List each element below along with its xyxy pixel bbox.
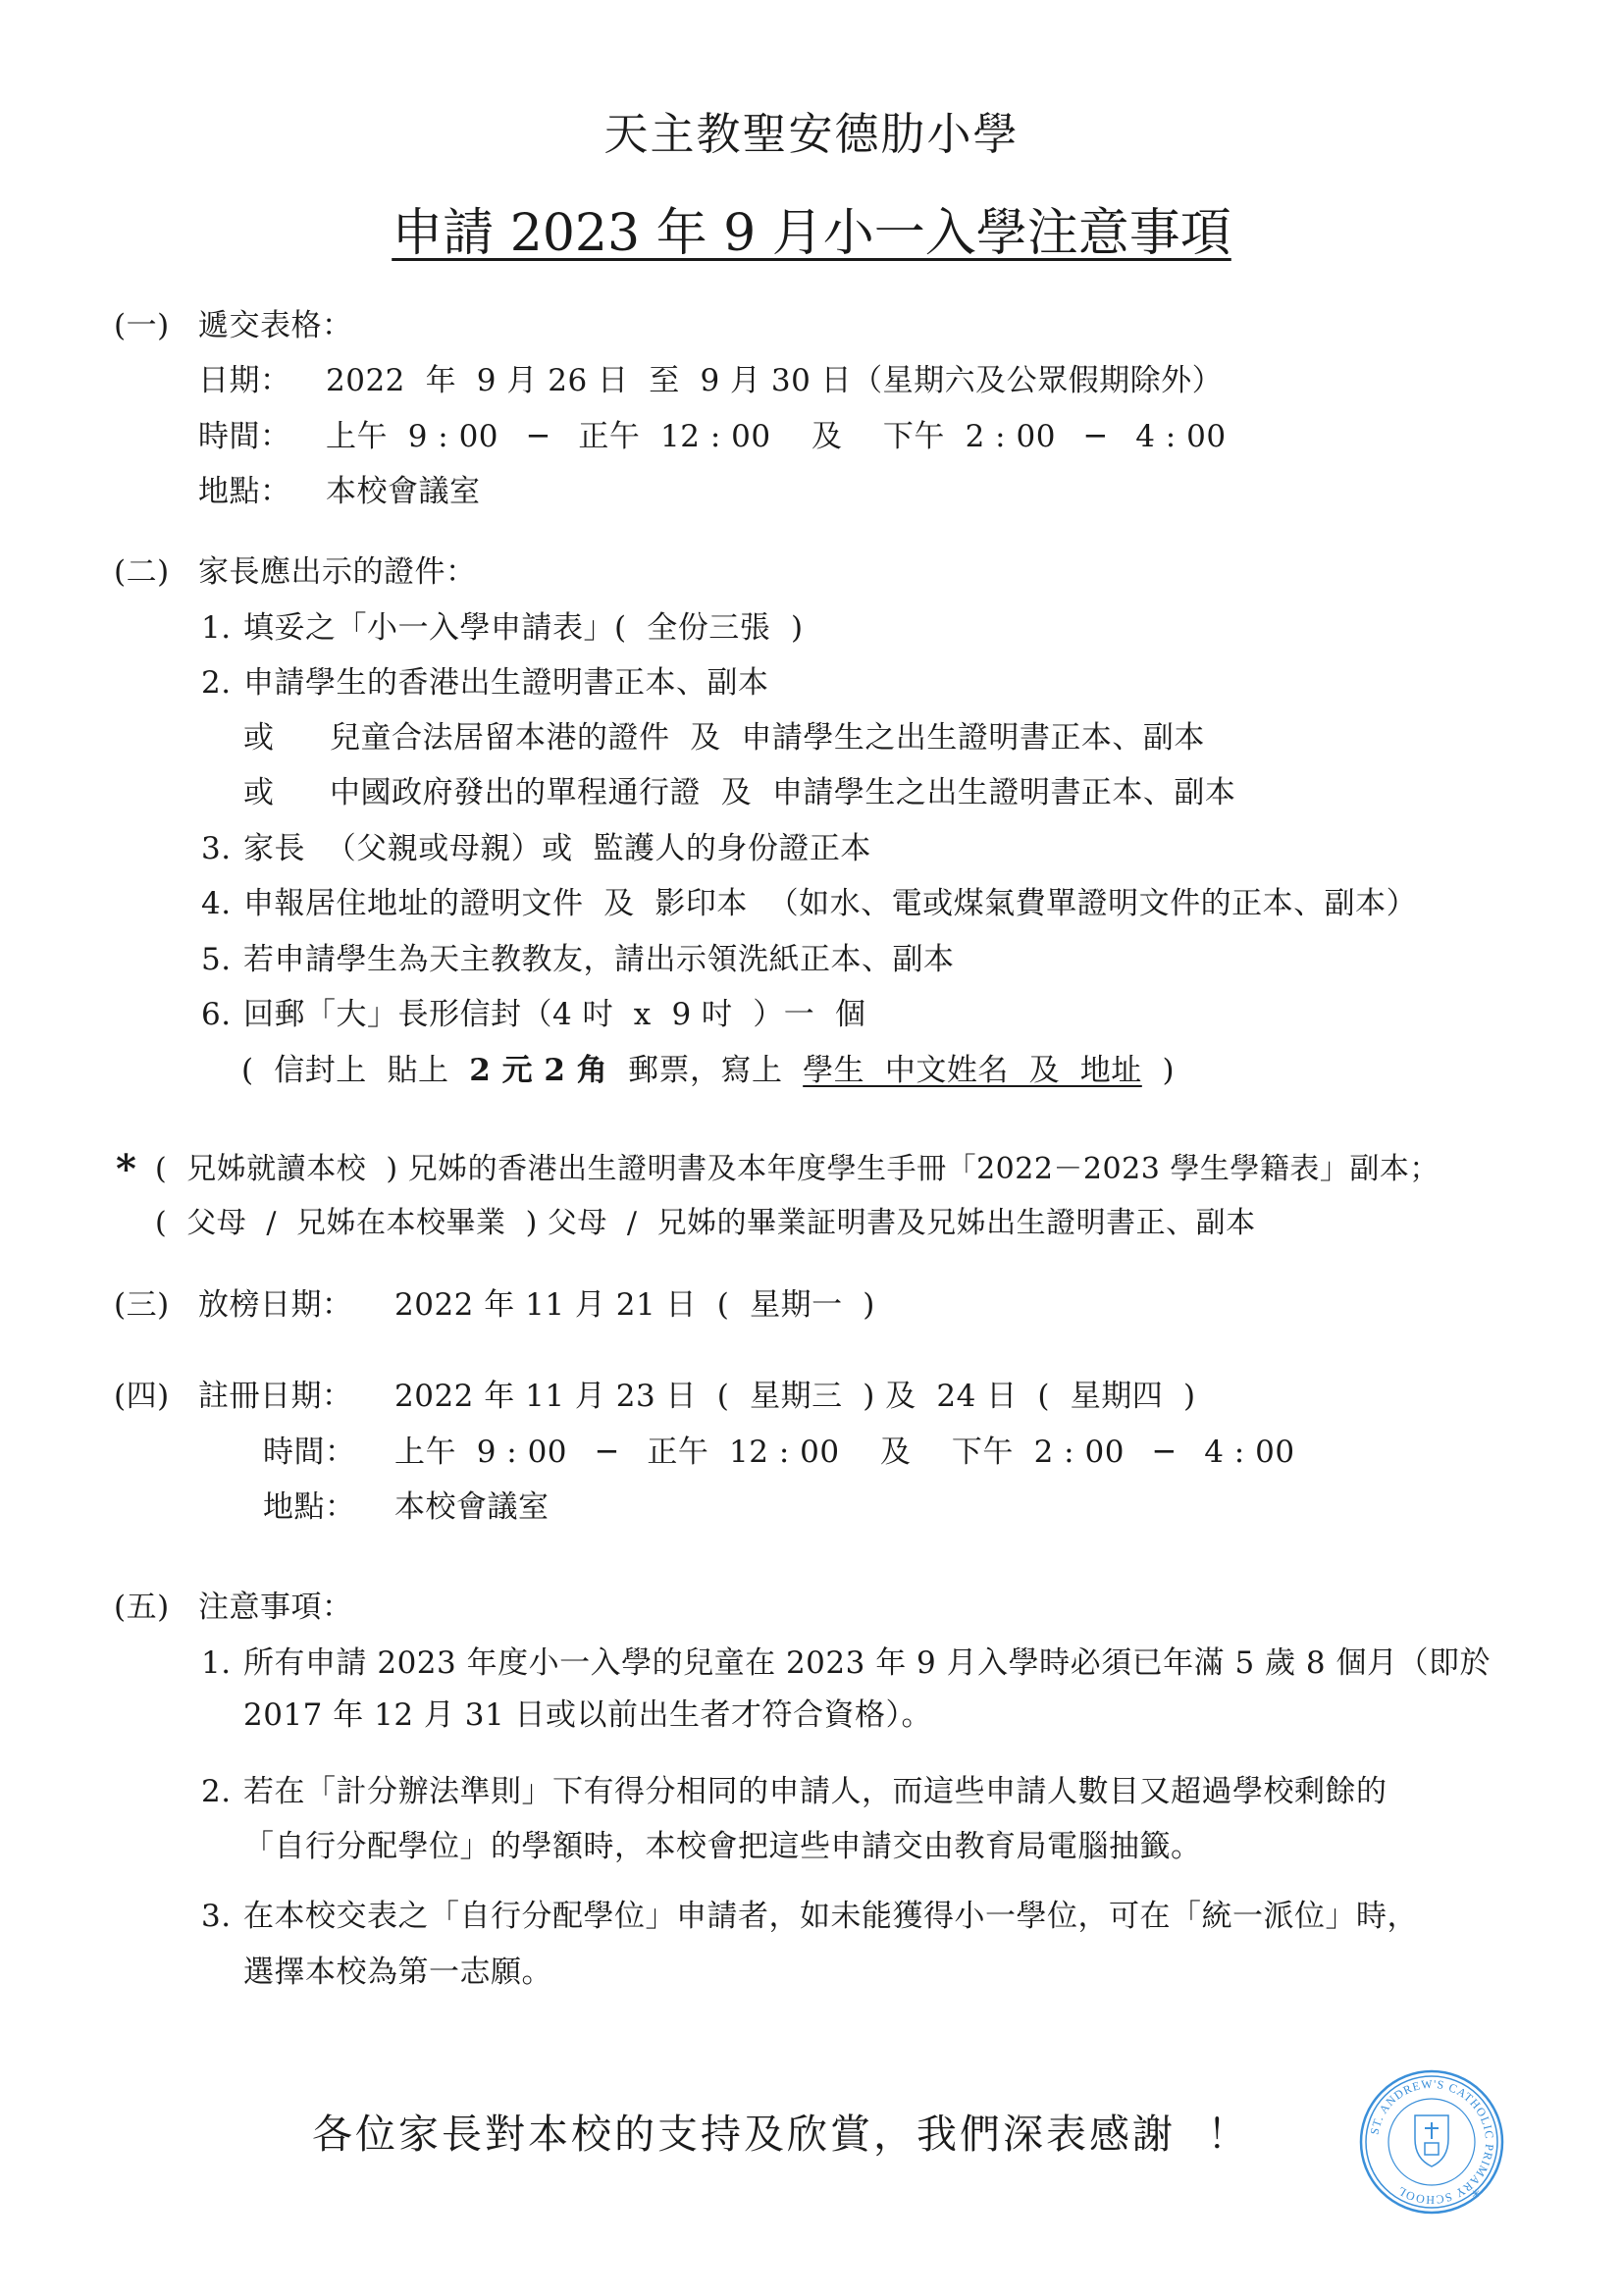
envelope-note-suffix: ) (1142, 1053, 1175, 1088)
item-text: 申請學生的香港出生證明書正本、副本 (243, 663, 769, 703)
row-label: 日期： (198, 361, 291, 400)
item-alt-marker: 或 (243, 718, 275, 757)
note-line-2: ( 父母 / 兄姊在本校畢業 ) 父母 / 兄姊的畢業証明書及兄姊出生證明書正、… (155, 1204, 1256, 1243)
item-text: 中國政府發出的單程通行證 及 申請學生之出生證明書正本、副本 (330, 773, 1235, 812)
item-number: 3. (201, 1897, 232, 1936)
asterisk-marker: * (116, 1150, 136, 1189)
item-number: 1. (201, 608, 232, 648)
row-value: 上午 9 : 00 ─ 正午 12 : 00 及 下午 2 : 00 ─ 4 :… (394, 1433, 1295, 1472)
section-heading: 放榜日期： (198, 1285, 353, 1325)
section-marker: (五) (114, 1588, 170, 1627)
item-number: 4. (201, 884, 232, 923)
item-text: 申報居住地址的證明文件 及 影印本 （如水、電或煤氣費單證明文件的正本、副本） (243, 884, 1417, 923)
row-label: 時間： (263, 1433, 356, 1472)
item-line: 2017 年 12 月 31 日或以前出生者才符合資格）。 (243, 1696, 932, 1735)
row-label: 地點： (263, 1487, 356, 1527)
item-number: 3. (201, 829, 232, 868)
item-text: 兒童合法居留本港的證件 及 申請學生之出生證明書正本、副本 (330, 718, 1205, 757)
item-line: 若在「計分辦法準則」下有得分相同的申請人，而這些申請人數目又超過學校剩餘的 (243, 1772, 1387, 1811)
row-value: 上午 9 : 00 ─ 正午 12 : 00 及 下午 2 : 00 ─ 4 :… (326, 417, 1227, 456)
item-alt-marker: 或 (243, 773, 275, 812)
row-value: 2022 年 9 月 26 日 至 9 月 30 日（星期六及公眾假期除外） (326, 361, 1223, 400)
stamp-amount: 2 元 2 角 (469, 1053, 607, 1088)
row-label: 地點： (198, 472, 291, 511)
document-title: 申請 2023 年 9 月小一入學注意事項 (0, 191, 1623, 265)
item-number: 5. (201, 940, 232, 979)
note-line-1: ( 兄姊就讀本校 ) 兄姊的香港出生證明書及本年度學生手冊「2022－2023 … (155, 1150, 1440, 1189)
row-label: 時間： (198, 417, 291, 456)
section-marker: (二) (114, 552, 170, 592)
section-heading: 注意事項： (198, 1588, 353, 1627)
item-number: 6. (201, 995, 232, 1034)
envelope-note: ( 信封上 貼上 2 元 2 角 郵票，寫上 學生 中文姓名 及 地址 ) (241, 1051, 1175, 1090)
envelope-note-underlined: 學生 中文姓名 及 地址 (803, 1053, 1142, 1088)
row-value: 本校會議室 (326, 472, 481, 511)
envelope-note-middle: 郵票，寫上 (607, 1053, 803, 1088)
item-number: 2. (201, 1772, 232, 1811)
item-number: 1. (201, 1644, 232, 1683)
item-text: 回郵「大」長形信封（4 吋 x 9 吋 ）一 個 (243, 995, 865, 1034)
registration-date: 2022 年 11 月 23 日 ( 星期三 ) 及 24 日 ( 星期四 ) (394, 1377, 1196, 1416)
section-marker: (四) (114, 1377, 170, 1416)
section-heading: 註冊日期： (198, 1377, 353, 1416)
item-text: 填妥之「小一入學申請表」( 全份三張 ) (243, 608, 804, 648)
school-name: 天主教聖安德肋小學 (0, 98, 1623, 162)
section-marker: (一) (114, 306, 170, 345)
item-line: 所有申請 2023 年度小一入學的兒童在 2023 年 9 月入學時必須已年滿 … (243, 1644, 1491, 1683)
item-number: 2. (201, 663, 232, 703)
section-marker: (三) (114, 1285, 170, 1325)
document-title-text: 申請 2023 年 9 月小一入學注意事項 (392, 204, 1231, 263)
svg-text:✳: ✳ (1471, 2187, 1481, 2201)
item-line: 在本校交表之「自行分配學位」申請者，如未能獲得小一學位，可在「統一派位」時， (243, 1897, 1418, 1936)
section-heading: 家長應出示的證件： (198, 552, 477, 592)
item-line: 選擇本校為第一志願。 (243, 1953, 552, 1992)
section-heading: 遞交表格： (198, 306, 353, 345)
row-value: 本校會議室 (394, 1487, 550, 1527)
envelope-note-prefix: ( 信封上 貼上 (241, 1053, 469, 1088)
item-text: 若申請學生為天主教教友，請出示領洗紙正本、副本 (243, 940, 955, 979)
closing-thanks: 各位家長對本校的支持及欣賞，我們深表感謝 ！ (312, 2102, 1250, 2160)
result-date: 2022 年 11 月 21 日 ( 星期一 ) (394, 1285, 875, 1325)
school-stamp-icon: ST. ANDREW'S CATHOLIC PRIMARY SCHOOL ✳ (1358, 2068, 1505, 2216)
item-text: 家長 （父親或母親）或 監護人的身份證正本 (243, 829, 871, 868)
item-line: 「自行分配學位」的學額時，本校會把這些申請交由教育局電腦抽籤。 (243, 1827, 1202, 1866)
